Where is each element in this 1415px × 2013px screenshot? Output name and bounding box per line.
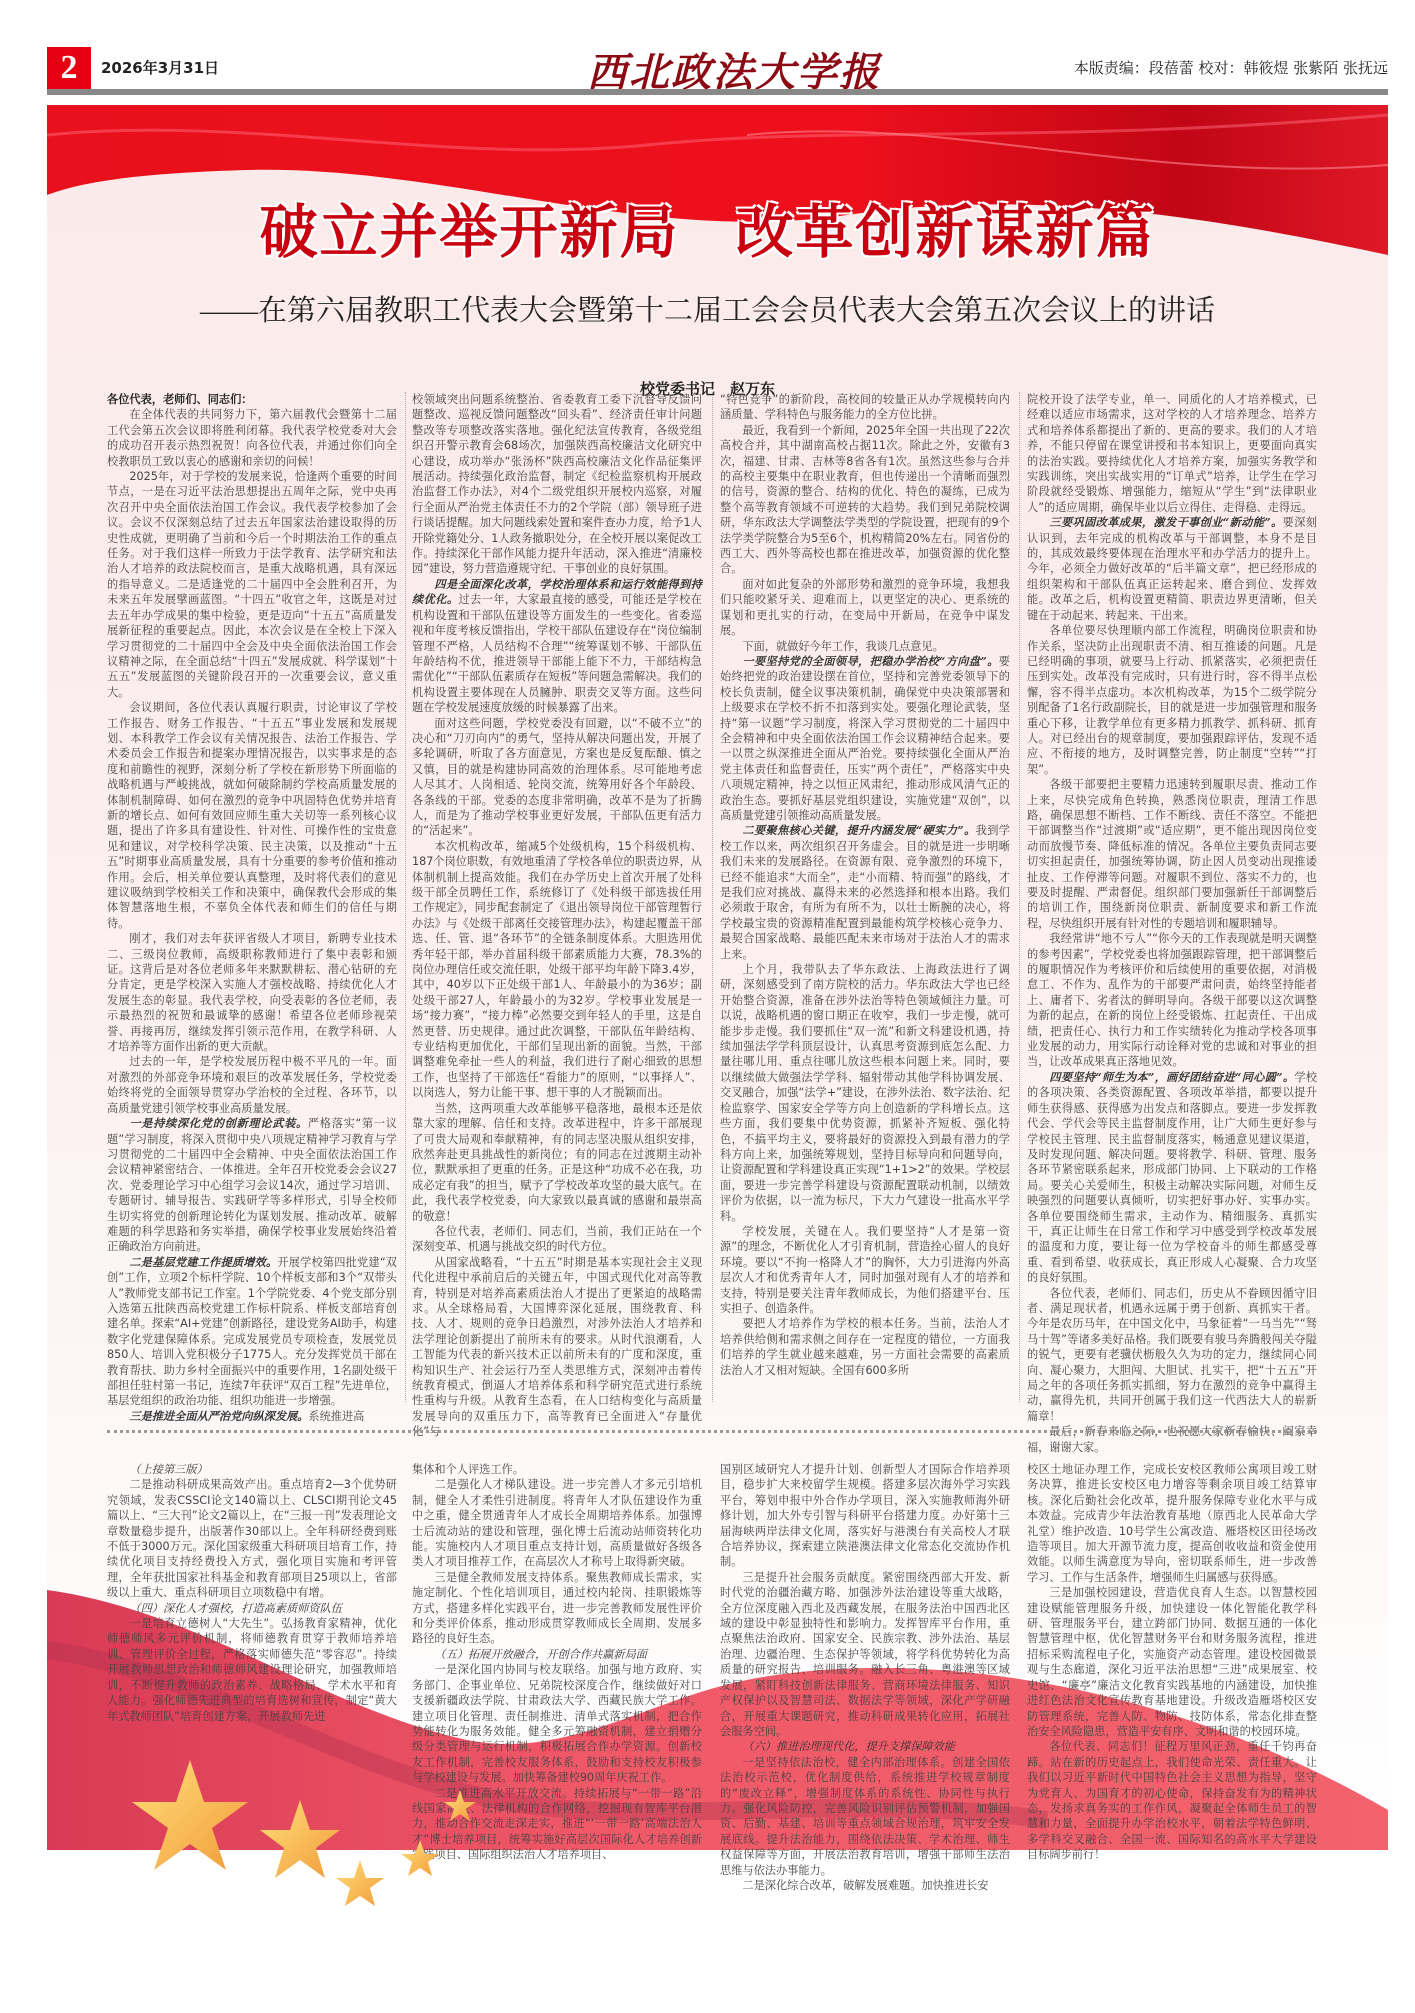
upper-column-3: “特色竞争”的新阶段，高校间的较量正从办学规模转向内涵质量、学科特色与服务能力的…: [720, 392, 1010, 1378]
header-divider: [47, 89, 1388, 95]
section-heading: 一要坚持党的全面领导，把稳办学治校“方向盘”。: [742, 654, 998, 668]
star-icon: [132, 1760, 248, 1870]
gold-stars-decoration: [130, 1760, 650, 1930]
section-heading: 一是持续深化党的创新理论武装。: [129, 1116, 308, 1130]
section-heading: 三是推进全面从严治党向纵深发展。: [129, 1409, 308, 1423]
section-paragraph: 二要聚焦核心关键，提升内涵发展“硬实力”。我到学校工作以来，两次组织召开务虚会。…: [720, 823, 1010, 962]
paragraph: 最后，新春来临之际，也祝愿大家新春愉快、阖家幸福，谢谢大家。: [1027, 1424, 1317, 1455]
paragraph: 三是加强校园建设，营造优良育人生态。以智慧校园建设赋能管理服务升级，加快建设一体…: [1027, 1585, 1317, 1739]
section-heading: 二是基层党建工作提质增效。: [129, 1255, 277, 1269]
paragraph: 各级干部要把主要精力迅速转到履职尽责、推动工作上来，尽快完成角色转换，熟悉岗位职…: [1027, 777, 1317, 931]
paragraph: 各单位要尽快理顺内部工作流程，明确岗位职责和协作关系，坚决防止出现职责不清、相互…: [1027, 623, 1317, 777]
paragraph: 校区土地证办理工作，完成长安校区教师公寓项目竣工财务决算，推进长安校区电力增容等…: [1027, 1462, 1317, 1585]
article-subtitle: ——在第六届教职工代表大会暨第十二届工会会员代表大会第五次会议上的讲话: [0, 288, 1415, 329]
star-icon: [444, 1790, 476, 1821]
paragraph: 当然，这两项重大改革能够平稳落地，最根本还是依靠大家的理解、信任和支持。改革进程…: [412, 1101, 702, 1224]
star-icon: [336, 1860, 384, 1906]
section-heading: 四要坚持“师生为本”，画好团结奋进“同心圆”。: [1049, 1070, 1294, 1084]
paragraph: 在全体代表的共同努力下，第六届教代会暨第十二届工代会第五次会议即将胜利闭幕。我代…: [107, 407, 397, 469]
star-icon: [260, 1800, 340, 1878]
paragraph: 最近，我看到一个新闻，2025年全国一共出现了22次高校合并，其中湖南高校占据1…: [720, 423, 1010, 577]
section-heading: 三要巩固改革成果，激发干事创业“新动能”。: [1049, 515, 1282, 529]
page-header: 2 2026年3月31日 西北政法大学报 本版责编：段蓓蕾 校对：韩筱煜 张紫陌…: [47, 47, 1388, 89]
paragraph: 下面，就做好今年工作，我谈几点意见。: [720, 639, 1010, 654]
paragraph: 刚才，我们对去年获评省级人才项目，新聘专业技术二、三级岗位教师，高级职称教师进行…: [107, 931, 397, 1054]
paragraph: 学校发展，关键在人。我们要坚持“人才是第一资源”的理念，不断优化人才引育机制，营…: [720, 1224, 1010, 1316]
lower-column-4: 校区土地证办理工作，完成长安校区教师公寓项目竣工财务决算，推进长安校区电力增容等…: [1027, 1462, 1317, 1863]
paragraph: 从国家战略看，“十五五”时期是基本实现社会主义现代化进程中承前启后的关键五年，中…: [412, 1255, 702, 1440]
paragraph: 二是深化综合改革，破解发展难题。加快推进长安: [720, 1878, 1010, 1893]
paragraph: 院校开设了法学专业，单一、同质化的人才培养模式，已经难以适应市场需求，这对学校的…: [1027, 392, 1317, 515]
paragraph: 校领域突出问题系统整治、省委教育工委下沉督导反馈问题整改、巡视反馈问题整改“回头…: [412, 392, 702, 577]
section-paragraph: 三要巩固改革成果，激发干事创业“新动能”。要深刻认识到，去年完成的机构改革与干部…: [1027, 515, 1317, 623]
section-paragraph: 四是全面深化改革，学校治理体系和运行效能得到持续优化。过去一年，大家最直接的感受…: [412, 577, 702, 716]
paragraph: 各位代表，老师们、同志们，当前，我们正站在一个深刻变革、机遇与挑战交织的时代方位…: [412, 1224, 702, 1255]
paragraph: 一是培育立德树人“大先生”。弘扬教育家精神，优化师德师风多元评价机制，将师德教育…: [107, 1616, 397, 1724]
subsection-heading: （五）拓展开放融合，开创合作共赢新局面: [412, 1647, 702, 1662]
column-divider: [405, 392, 406, 1402]
paragraph: 一是坚持依法治校，健全内部治理体系。创建全国依法治校示范校，优化制度供给，系统推…: [720, 1755, 1010, 1878]
article-headline: 破立并举开新局改革创新谋新篇: [0, 185, 1415, 269]
section-paragraph: 一要坚持党的全面领导，把稳办学治校“方向盘”。要始终把党的政治建设摆在首位，坚持…: [720, 654, 1010, 823]
section-paragraph: 三是推进全面从严治党向纵深发展。系统推进高: [107, 1409, 397, 1424]
paragraph: 过去的一年，是学校发展历程中极不平凡的一年。面对激烈的外部竞争环境和艰巨的改革发…: [107, 1054, 397, 1116]
headline-part-1: 破立并举开新局: [259, 198, 679, 266]
section-paragraph: 四要坚持“师生为本”，画好团结奋进“同心圆”。学校的各项决策、各类资源配置、各项…: [1027, 1070, 1317, 1286]
subsection-heading: （四）深化人才强校，打造高素质师资队伍: [107, 1601, 397, 1616]
paragraph: 二是推动科研成果高效产出。重点培育2—3个优势研究领域，发表CSSCI论文140…: [107, 1477, 397, 1600]
continuation-note: （上接第三版）: [107, 1462, 397, 1477]
column-divider: [712, 392, 713, 1402]
paragraph: 各位代表，老师们、同志们，历史从不眷顾因循守旧者、满足现状者，机遇永远属于勇于创…: [1027, 1286, 1317, 1425]
paragraph: 上个月，我带队去了华东政法、上海政法进行了调研，深刻感受到了南方院校的活力。华东…: [720, 962, 1010, 1224]
upper-column-1: 各位代表，老师们、同志们： 在全体代表的共同努力下，第六届教代会暨第十二届工代会…: [107, 392, 397, 1424]
editor-credits: 本版责编：段蓓蕾 校对：韩筱煜 张紫陌 张抚远: [1074, 57, 1388, 78]
paragraph: 会议期间，各位代表认真履行职责，讨论审议了学校工作报告、财务工作报告、“十五五”…: [107, 700, 397, 931]
paragraph: 要把人才培养作为学校的根本任务。当前，法治人才培养供给侧和需求侧之间存在一定程度…: [720, 1316, 1010, 1378]
paragraph: 国别区域研究人才提升计划、创新型人才国际合作培养项目，稳步扩大来校留学生规模。搭…: [720, 1462, 1010, 1570]
subsection-heading: （六）推进治理现代化，提升支撑保障效能: [720, 1739, 1010, 1754]
paragraph: 三是健全教师发展支持体系。聚焦教师成长需求，实施定制化、个性化培训项目，通过校内…: [412, 1570, 702, 1647]
paragraph: 三是提升社会服务贡献度。紧密围绕西部大开发、新时代党的治疆治藏方略、加强涉外法治…: [720, 1570, 1010, 1739]
paragraph: 面对这些问题，学校党委没有回避，以“不破不立”的决心和“刀刃向内”的勇气，坚持从…: [412, 716, 702, 839]
column-divider: [1019, 392, 1020, 1402]
paragraph: 本次机构改革，缩减5个处级机构，15个科级机构、187个岗位职数，有效地重清了学…: [412, 839, 702, 1101]
paragraph: 我经常讲“地不亏人”“你今天的工作表现就是明天调整的参考因素”，学校党委也将加强…: [1027, 931, 1317, 1070]
section-paragraph: 二是基层党建工作提质增效。开展学校第四批党建“双创”工作，立项2个标杆学院、10…: [107, 1255, 397, 1409]
paragraph: 集体和个人评选工作。: [412, 1462, 702, 1477]
section-divider: [107, 1430, 1317, 1433]
lower-column-3: 国别区域研究人才提升计划、创新型人才国际合作培养项目，稳步扩大来校留学生规模。搭…: [720, 1462, 1010, 1893]
paragraph: 面对如此复杂的外部形势和激烈的竞争环境，我想我们只能咬紧牙关、迎难而上，以更坚定…: [720, 577, 1010, 639]
paragraph: “特色竞争”的新阶段，高校间的较量正从办学规模转向内涵质量、学科特色与服务能力的…: [720, 392, 1010, 423]
issue-date: 2026年3月31日: [101, 57, 219, 78]
paragraph: 2025年，对于学校的发展来说，恰逢两个重要的时间节点，一是在习近平法治思想提出…: [107, 469, 397, 700]
paragraph: 二是强化人才梯队建设。进一步完善人才多元引培机制，健全人才柔性引进制度。将青年人…: [412, 1477, 702, 1569]
section-paragraph: 一是持续深化党的创新理论武装。严格落实“第一议题”学习制度，将深入贯彻中央八项规…: [107, 1116, 397, 1255]
salutation: 各位代表，老师们、同志们：: [107, 392, 397, 407]
upper-column-2: 校领域突出问题系统整治、省委教育工委下沉督导反馈问题整改、巡视反馈问题整改“回头…: [412, 392, 702, 1440]
section-heading: 二要聚焦核心关键，提升内涵发展“硬实力”。: [742, 823, 975, 837]
star-icon: [401, 1840, 439, 1876]
headline-part-2: 改革创新谋新篇: [736, 198, 1156, 266]
upper-column-4: 院校开设了法学专业，单一、同质化的人才培养模式，已经难以适应市场需求，这对学校的…: [1027, 392, 1317, 1455]
paragraph: 各位代表、同志们！征程万里风正劲，重任千钧再奋蹄。站在新的历史起点上，我们使命光…: [1027, 1739, 1317, 1862]
page-number: 2: [47, 47, 91, 89]
lower-column-1: （上接第三版） 二是推动科研成果高效产出。重点培育2—3个优势研究领域，发表CS…: [107, 1462, 397, 1724]
